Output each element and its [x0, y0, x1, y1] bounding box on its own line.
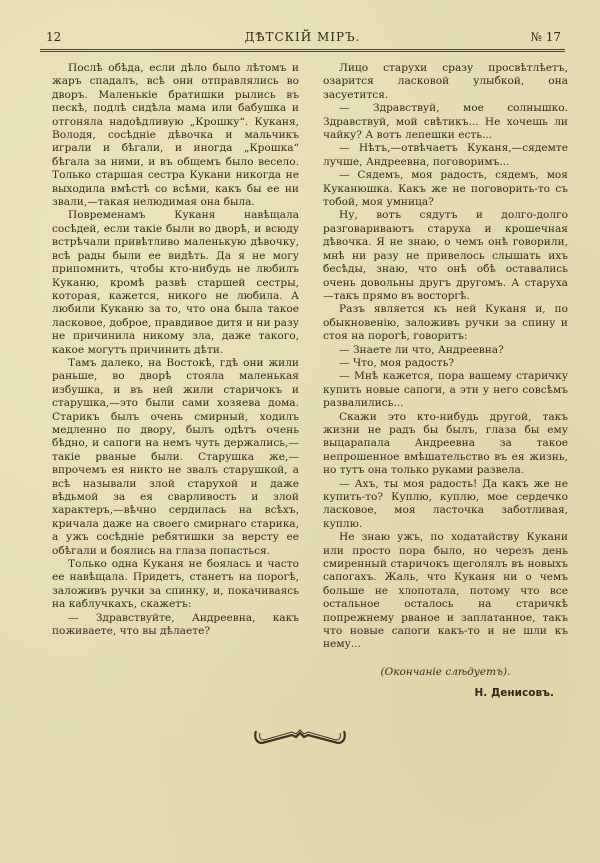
tailpiece-ornament-icon [252, 725, 348, 749]
author-signature: Н. Денисовъ. [323, 687, 568, 700]
dialogue-line: — Здравствуй, мое солнышко. Здравствуй, … [323, 102, 568, 142]
continuation-note: (Окончаніе слѣдуетъ). [323, 666, 568, 679]
issue-number: № 17 [531, 30, 561, 44]
paragraph: Повременамъ Куканя навѣщала сосѣдей, есл… [52, 209, 299, 356]
dialogue-line: — Здравствуйте, Андреевна, какъ поживает… [52, 612, 299, 639]
magazine-title: ДѢТСКІЙ МІРЪ. [40, 30, 565, 44]
dialogue-line: — Знаете ли что, Андреевна? [323, 344, 568, 357]
paragraph: Разъ является къ ней Куканя и, по обыкно… [323, 303, 568, 343]
left-column: Послѣ обѣда, если дѣло было лѣтомъ и жар… [52, 62, 299, 638]
dialogue-line: — Сядемъ, моя радость, сядемъ, моя Кукан… [323, 169, 568, 209]
paragraph: Ну, вотъ сядутъ и долго-долго разговарив… [323, 209, 568, 303]
paragraph: Тамъ далеко, на Востокѣ, гдѣ они жили ра… [52, 357, 299, 558]
dialogue-line: — Мнѣ кажется, пора вашему старичку купи… [323, 370, 568, 410]
paragraph: Послѣ обѣда, если дѣло было лѣтомъ и жар… [52, 62, 299, 209]
paragraph: Только одна Куканя не боялась и часто ее… [52, 558, 299, 612]
right-column: Лицо старухи сразу просвѣтлѣетъ, озаритс… [323, 62, 568, 701]
paragraph: Лицо старухи сразу просвѣтлѣетъ, озаритс… [323, 62, 568, 102]
running-header: 12 ДѢТСКІЙ МІРЪ. № 17 [40, 27, 565, 50]
paragraph: Скажи это кто-нибудь другой, такъ жизни … [323, 411, 568, 478]
dialogue-line: — Нѣтъ,—отвѣчаетъ Куканя,—сядемте лучше,… [323, 142, 568, 169]
dialogue-line: — Ахъ, ты моя радость! Да какъ же не куп… [323, 478, 568, 532]
paragraph: Не знаю ужъ, по ходатайству Кукани или п… [323, 531, 568, 652]
dialogue-line: — Что, моя радость? [323, 357, 568, 370]
